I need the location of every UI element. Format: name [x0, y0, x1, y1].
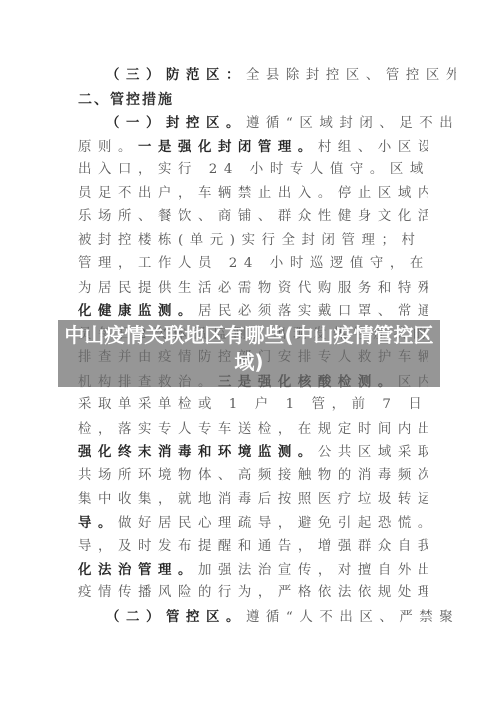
- text-line: 原则。一是强化封闭管理。村组、小区设立卡口，保留一个: [78, 136, 428, 158]
- text-line: 共场所环境物体、高频接触物的消毒频次。生活垃圾由专人: [78, 465, 428, 487]
- bold-label: （一）封控区。: [106, 115, 246, 131]
- line-text: 遵循“区域封闭、足不出户、服务上门”: [246, 116, 456, 131]
- line-text: 全县除封控区、管控区外其他区域。: [246, 68, 456, 83]
- text-line: 为居民提供生活必需物资代购服务和特殊困难救助。二是强: [78, 277, 428, 299]
- bold-label: 化健康监测。: [78, 303, 198, 319]
- section-heading-control-measures: 二、管控措施: [78, 89, 428, 111]
- line-text: 村组、小区设立卡口，保留一个: [318, 140, 428, 155]
- line-text: 原则。: [78, 140, 138, 155]
- text-line: 集中收集，就地消毒后按照医疗垃圾转运。五是强化人文疏: [78, 488, 428, 510]
- text-line: 疫情传播风险的行为，严格依法依规处理。: [78, 582, 428, 604]
- text-line: 采取单采单检或 1 户 1 管，前 7 日每日一检，之后每 2 日一: [78, 394, 428, 416]
- line-text: 集中收集，就地消毒后按照医疗垃圾转运。: [78, 492, 428, 507]
- text-line-managed-zone: （二）管控区。遵循“人不出区、严禁聚集”原则。一: [106, 606, 456, 628]
- bold-label: （二）管控区。: [106, 609, 246, 625]
- text-line: 导。做好居民心理疏导，避免引起恐慌。加强舆情管控和引: [78, 512, 428, 534]
- text-line: 检，落实专人专车送检，在规定时间内出具检测结果。四是: [78, 418, 428, 440]
- bold-label: 化法治管理。: [78, 562, 198, 578]
- bold-label: 一是强化封闭管理。: [138, 139, 318, 155]
- bold-label: 导。: [78, 515, 118, 531]
- text-line: 强化终末消毒和环境监测。公共区域采取终末消毒，加强公: [78, 441, 428, 463]
- line-text: 做好居民心理疏导，避免引起恐慌。加强舆情管控和引: [118, 516, 428, 531]
- text-line: 被封控楼栋(单元)实行全封闭管理；村（社区）落实网格员: [78, 230, 428, 252]
- text-line: 化健康监测。居民必须落实戴口罩、常通风等措施，所有人: [78, 300, 428, 322]
- line-text: 加强法治宣传，对擅自外出、聚集等可能引起: [198, 563, 428, 578]
- text-line: 员足不出户，车辆禁止出入。停止区域内所有商贸服务，娱: [78, 183, 428, 205]
- line-text: 公共区域采取终末消毒，加强公: [318, 445, 428, 460]
- line-text: 检，落实专人专车送检，在规定时间内出具检测结果。: [78, 422, 428, 437]
- line-text: 遵循“人不出区、严禁聚集”原则。一: [246, 610, 456, 625]
- text-line: 导，及时发布提醒和通告，增强群众自我防范意识。六是强: [78, 535, 428, 557]
- bold-label: （三）防范区：: [106, 67, 246, 83]
- text-line-sealed-zone: （一）封控区。遵循“区域封闭、足不出户、服务上门”: [106, 112, 456, 134]
- line-text: 为居民提供生活必需物资代购服务和特殊困难救助。: [78, 281, 428, 296]
- text-line: 管理，工作人员 24 小时巡逻值守，在做好防护的前提下，: [78, 253, 428, 275]
- text-line: 出入口，实行 24 小时专人值守。区域内不进不出，所有人: [78, 159, 428, 181]
- overlay-title: 中山疫情关联地区有哪些(中山疫情管控区域): [58, 322, 440, 376]
- bold-label: 强化终末消毒和环境监测。: [78, 444, 318, 460]
- line-text: 居民必须落实戴口罩、常通风等措施，所有人: [198, 304, 428, 319]
- line-text: 导，及时发布提醒和通告，增强群众自我防范意识。: [78, 539, 428, 554]
- text-line: 乐场所、餐饮、商铺、群众性健身文化活动场所等全部停业；: [78, 206, 428, 228]
- text-line: 化法治管理。加强法治宣传，对擅自外出、聚集等可能引起: [78, 559, 428, 581]
- text-line-prevention-zone: （三）防范区：全县除封控区、管控区外其他区域。: [106, 64, 456, 86]
